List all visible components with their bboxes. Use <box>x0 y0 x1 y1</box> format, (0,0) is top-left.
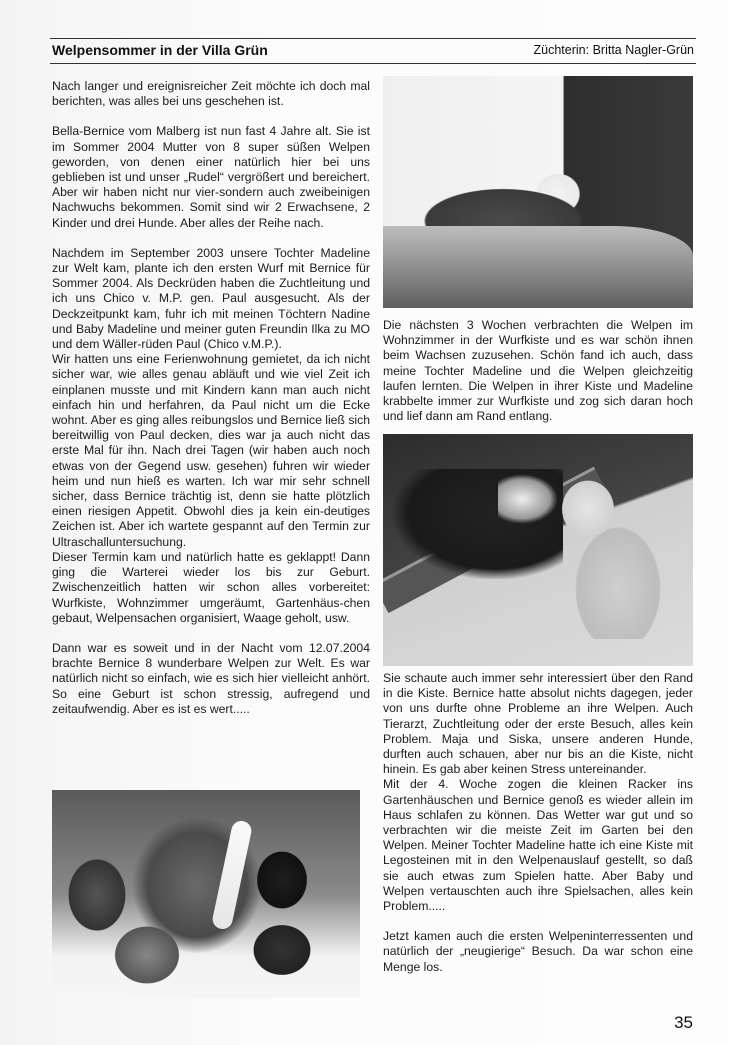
paragraph: Nach langer und ereignisreicher Zeit möc… <box>52 79 370 109</box>
paragraph: Bella-Bernice vom Malberg ist nun fast 4… <box>52 124 370 230</box>
page-number: 35 <box>674 1013 693 1033</box>
photo-detail-baby <box>543 469 663 639</box>
photo-detail-white-blaze <box>211 819 253 931</box>
paragraph: Wir hatten uns eine Ferienwohnung gemiet… <box>52 352 370 550</box>
paragraph: Die nächsten 3 Wochen verbrachten die We… <box>383 318 693 424</box>
photo-mother-with-puppies <box>52 790 360 998</box>
right-column-block-2: Sie schaute auch immer sehr interessiert… <box>383 671 693 975</box>
left-column: Nach langer und ereignisreicher Zeit möc… <box>52 79 370 717</box>
paragraph: Sie schaute auch immer sehr interessiert… <box>383 671 693 777</box>
article-header: Welpensommer in der Villa Grün Züchterin… <box>50 38 696 64</box>
photo-puppy-on-arm <box>383 76 693 308</box>
photo-detail-arm <box>383 226 693 308</box>
article-title: Welpensommer in der Villa Grün <box>52 42 268 58</box>
paragraph: Mit der 4. Woche zogen die kleinen Racke… <box>383 777 693 914</box>
photo-baby-and-dog <box>383 434 693 666</box>
magazine-page: Welpensommer in der Villa Grün Züchterin… <box>0 0 729 1045</box>
paragraph: Dieser Termin kam und natürlich hatte es… <box>52 550 370 626</box>
paragraph: Dann war es soweit und in der Nacht vom … <box>52 641 370 717</box>
paragraph: Jetzt kamen auch die ersten Welpeninterr… <box>383 929 693 975</box>
article-author: Züchterin: Britta Nagler-Grün <box>534 43 694 57</box>
right-column-block-1: Die nächsten 3 Wochen verbrachten die We… <box>383 318 693 424</box>
paragraph: Nachdem im September 2003 unsere Tochter… <box>52 246 370 352</box>
